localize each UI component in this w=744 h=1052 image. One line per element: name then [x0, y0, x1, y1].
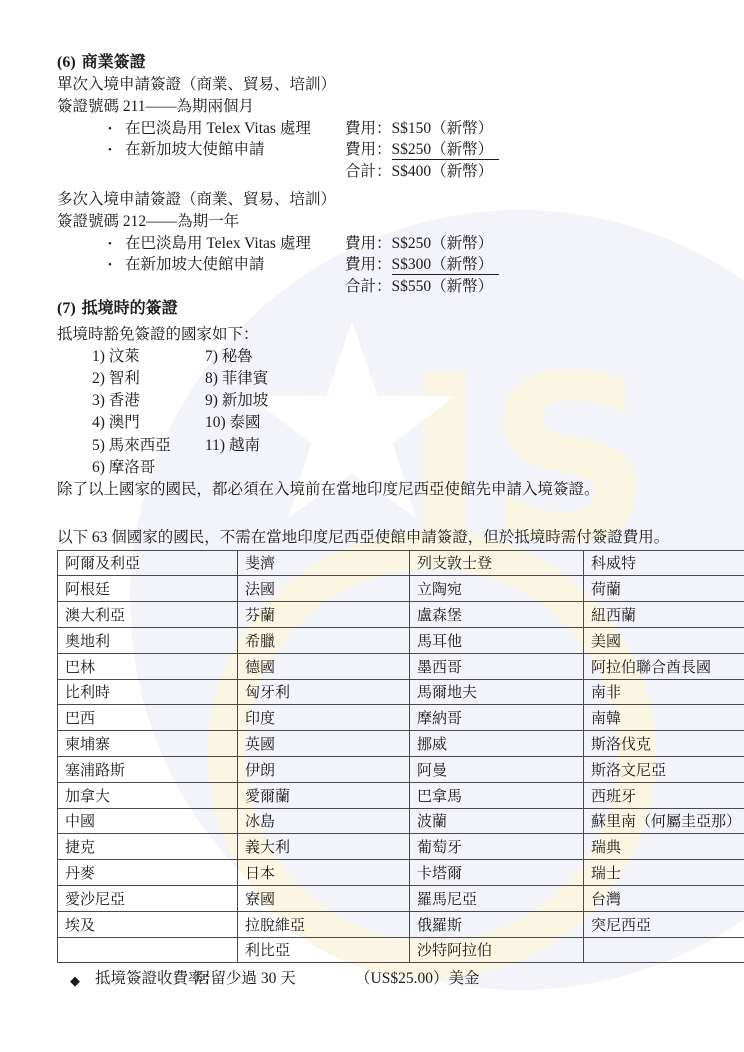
country-name: 1) 汶萊 [92, 346, 205, 368]
fee-prefix: 費用： [345, 256, 392, 273]
table-row: 塞浦路斯伊朗阿曼斯洛文尼亞 [58, 756, 744, 782]
table-cell: 日本 [238, 860, 410, 886]
country-name: 11) 越南 [205, 435, 260, 457]
list-item: 4) 澳門10) 泰國 [57, 412, 716, 434]
table-row: 巴林德國墨西哥阿拉伯聯合酋長國 [58, 653, 744, 679]
table-intro-line: 以下 63 個國家的國民，不需在當地印度尼西亞使館申請簽證，但於抵境時需付簽證費… [57, 527, 716, 549]
table-cell: 突尼西亞 [584, 911, 744, 937]
country-name: 6) 摩洛哥 [92, 457, 205, 479]
visa-code-line: 簽證號碼 211——為期兩個月 [57, 96, 716, 118]
table-row: 阿根廷法國立陶宛荷蘭 [58, 576, 744, 602]
list-item: 3) 香港9) 新加坡 [57, 390, 716, 412]
table-row: 加拿大愛爾蘭巴拿馬西班牙 [58, 782, 744, 808]
table-cell: 義大利 [238, 834, 410, 860]
country-name: 8) 菲律賓 [205, 368, 268, 390]
table-cell: 俄羅斯 [410, 911, 584, 937]
total-prefix: 合計： [345, 163, 392, 180]
table-cell: 芬蘭 [238, 602, 410, 628]
table-cell: 利比亞 [238, 937, 410, 963]
bullet-icon: • [108, 119, 112, 141]
table-cell: 斐濟 [238, 550, 410, 576]
visa-fee: 費用：S$250（新幣） [345, 139, 499, 161]
table-row: 捷克義大利葡萄牙瑞典 [58, 834, 744, 860]
country-name: 5) 馬來西亞 [92, 435, 205, 457]
section-6-heading: (6)商業簽證 [57, 52, 716, 74]
visa-total-row: 合計：S$400（新幣） [57, 161, 716, 183]
section-6-title: 商業簽證 [82, 54, 146, 71]
table-cell: 摩納哥 [410, 705, 584, 731]
table-cell [584, 937, 744, 963]
table-cell: 巴林 [58, 653, 238, 679]
table-cell: 羅馬尼亞 [410, 885, 584, 911]
table-row: 澳大利亞芬蘭盧森堡紐西蘭 [58, 602, 744, 628]
table-cell: 比利時 [58, 679, 238, 705]
fee-prefix: 費用： [345, 120, 392, 137]
table-cell: 阿拉伯聯合酋長國 [584, 653, 744, 679]
table-cell [58, 937, 238, 963]
fee-prefix: 費用： [345, 141, 392, 158]
table-row: 利比亞沙特阿拉伯 [58, 937, 744, 963]
table-cell: 葡萄牙 [410, 834, 584, 860]
table-row: 巴西印度摩納哥南韓 [58, 705, 744, 731]
table-cell: 捷克 [58, 834, 238, 860]
table-cell: 奧地利 [58, 627, 238, 653]
table-cell: 寮國 [238, 885, 410, 911]
exempt-intro-line: 抵境時豁免簽證的國家如下： [57, 324, 716, 346]
visa-option-row: • 在巴淡島用 Telex Vitas 處理 費用：S$150（新幣） [57, 118, 716, 140]
table-cell: 阿曼 [410, 756, 584, 782]
total-value: S$400（新幣） [392, 163, 494, 180]
table-cell: 台灣 [584, 885, 744, 911]
table-cell: 德國 [238, 653, 410, 679]
table-cell: 匈牙利 [238, 679, 410, 705]
total-value: S$550（新幣） [392, 278, 494, 295]
table-row: 柬埔寨英國挪威斯洛伐克 [58, 731, 744, 757]
list-item: 1) 汶萊7) 秘魯 [57, 346, 716, 368]
visa-option-label: 在巴淡島用 Telex Vitas 處理 [125, 235, 311, 252]
section-7-heading: (7)抵境時的簽證 [57, 298, 716, 320]
table-cell: 科威特 [584, 550, 744, 576]
table-cell: 澳大利亞 [58, 602, 238, 628]
table-cell: 沙特阿拉伯 [410, 937, 584, 963]
table-cell: 丹麥 [58, 860, 238, 886]
list-item: 6) 摩洛哥 [57, 457, 716, 479]
table-cell: 阿爾及利亞 [58, 550, 238, 576]
visa-fee: 費用：S$150（新幣） [345, 118, 493, 140]
table-cell: 冰島 [238, 808, 410, 834]
table-cell: 拉脫維亞 [238, 911, 410, 937]
table-cell: 南非 [584, 679, 744, 705]
visa-option-row: • 在巴淡島用 Telex Vitas 處理 費用：S$250（新幣） [57, 233, 716, 255]
total-prefix: 合計： [345, 278, 392, 295]
list-item: 5) 馬來西亞11) 越南 [57, 435, 716, 457]
table-cell: 愛沙尼亞 [58, 885, 238, 911]
fee-value: S$250（新幣） [392, 235, 494, 252]
fee-rate-duration: 居留少過 30 天 [195, 968, 296, 990]
table-cell: 列支敦士登 [410, 550, 584, 576]
table-cell: 柬埔寨 [58, 731, 238, 757]
table-cell: 荷蘭 [584, 576, 744, 602]
fee-rate-amount: （US$25.00）美金 [355, 968, 479, 990]
table-row: 奧地利希臘馬耳他美國 [58, 627, 744, 653]
visa-option-label: 在巴淡島用 Telex Vitas 處理 [125, 120, 311, 137]
fee-rate-note: ◆ 抵境簽證收費率： 居留少過 30 天 （US$25.00）美金 [57, 968, 716, 990]
country-name: 3) 香港 [92, 390, 205, 412]
fee-value-underlined: S$250（新幣） [392, 141, 500, 160]
list-item: 2) 智利8) 菲律賓 [57, 368, 716, 390]
table-cell: 巴西 [58, 705, 238, 731]
table-cell: 斯洛伐克 [584, 731, 744, 757]
country-table-body: 阿爾及利亞斐濟列支敦士登科威特阿根廷法國立陶宛荷蘭澳大利亞芬蘭盧森堡紐西蘭奧地利… [58, 550, 744, 963]
table-cell: 阿根廷 [58, 576, 238, 602]
visa-option-label: 在新加坡大使館申請 [125, 141, 265, 158]
table-cell: 中國 [58, 808, 238, 834]
visa-fee: 費用：S$300（新幣） [345, 254, 499, 276]
table-row: 愛沙尼亞寮國羅馬尼亞台灣 [58, 885, 744, 911]
bullet-icon: • [108, 255, 112, 277]
visa-total-row: 合計：S$550（新幣） [57, 276, 716, 298]
visa-option-row: • 在新加坡大使館申請 費用：S$250（新幣） [57, 139, 716, 161]
table-cell: 卡塔爾 [410, 860, 584, 886]
table-cell: 西班牙 [584, 782, 744, 808]
table-cell: 愛爾蘭 [238, 782, 410, 808]
fee-value: S$150（新幣） [392, 120, 494, 137]
fee-prefix: 費用： [345, 235, 392, 252]
table-cell: 英國 [238, 731, 410, 757]
table-cell: 馬耳他 [410, 627, 584, 653]
table-cell: 印度 [238, 705, 410, 731]
table-cell: 巴拿馬 [410, 782, 584, 808]
fee-value-underlined: S$300（新幣） [392, 256, 500, 275]
table-cell: 美國 [584, 627, 744, 653]
diamond-icon: ◆ [70, 970, 80, 992]
visa-type-line: 單次入境申請簽證（商業、貿易、培訓） [57, 74, 716, 96]
country-name: 9) 新加坡 [205, 390, 268, 412]
table-row: 丹麥日本卡塔爾瑞士 [58, 860, 744, 886]
visa-option-label: 在新加坡大使館申請 [125, 256, 265, 273]
section-7-number: (7) [57, 300, 76, 317]
visa-code-line: 簽證號碼 212——為期一年 [57, 211, 716, 233]
table-cell: 馬爾地夫 [410, 679, 584, 705]
table-cell: 法國 [238, 576, 410, 602]
table-cell: 墨西哥 [410, 653, 584, 679]
table-row: 埃及拉脫維亞俄羅斯突尼西亞 [58, 911, 744, 937]
document-page: IS (6)商業簽證 單次入境申請簽證（商業、貿易、培訓） 簽證號碼 211——… [0, 0, 744, 1052]
table-cell: 希臘 [238, 627, 410, 653]
table-cell: 塞浦路斯 [58, 756, 238, 782]
bullet-icon: • [108, 234, 112, 256]
table-cell: 立陶宛 [410, 576, 584, 602]
table-cell: 瑞典 [584, 834, 744, 860]
country-table: 阿爾及利亞斐濟列支敦士登科威特阿根廷法國立陶宛荷蘭澳大利亞芬蘭盧森堡紐西蘭奧地利… [57, 550, 744, 964]
visa-fee: 費用：S$250（新幣） [345, 233, 493, 255]
table-cell: 斯洛文尼亞 [584, 756, 744, 782]
section-6-number: (6) [57, 54, 76, 71]
table-cell: 盧森堡 [410, 602, 584, 628]
table-row: 中國冰島波蘭蘇里南（何屬圭亞那） [58, 808, 744, 834]
table-row: 阿爾及利亞斐濟列支敦士登科威特 [58, 550, 744, 576]
visa-option-row: • 在新加坡大使館申請 費用：S$300（新幣） [57, 254, 716, 276]
country-name: 7) 秘魯 [205, 346, 253, 368]
table-cell: 伊朗 [238, 756, 410, 782]
table-cell: 蘇里南（何屬圭亞那） [584, 808, 744, 834]
country-name: 10) 泰國 [205, 412, 261, 434]
exempt-note-line: 除了以上國家的國民，都必須在入境前在當地印度尼西亞使館先申請入境簽證。 [57, 479, 716, 501]
table-cell: 瑞士 [584, 860, 744, 886]
table-cell: 波蘭 [410, 808, 584, 834]
document-content: (6)商業簽證 單次入境申請簽證（商業、貿易、培訓） 簽證號碼 211——為期兩… [0, 0, 744, 990]
country-name: 4) 澳門 [92, 412, 205, 434]
table-cell: 埃及 [58, 911, 238, 937]
visa-type-line: 多次入境申請簽證（商業、貿易、培訓） [57, 189, 716, 211]
table-cell: 加拿大 [58, 782, 238, 808]
country-name: 2) 智利 [92, 368, 205, 390]
table-row: 比利時匈牙利馬爾地夫南非 [58, 679, 744, 705]
table-cell: 挪威 [410, 731, 584, 757]
bullet-icon: • [108, 140, 112, 162]
section-7-title: 抵境時的簽證 [82, 300, 178, 317]
table-cell: 紐西蘭 [584, 602, 744, 628]
exempt-country-list: 1) 汶萊7) 秘魯2) 智利8) 菲律賓3) 香港9) 新加坡4) 澳門10)… [57, 346, 716, 479]
table-cell: 南韓 [584, 705, 744, 731]
